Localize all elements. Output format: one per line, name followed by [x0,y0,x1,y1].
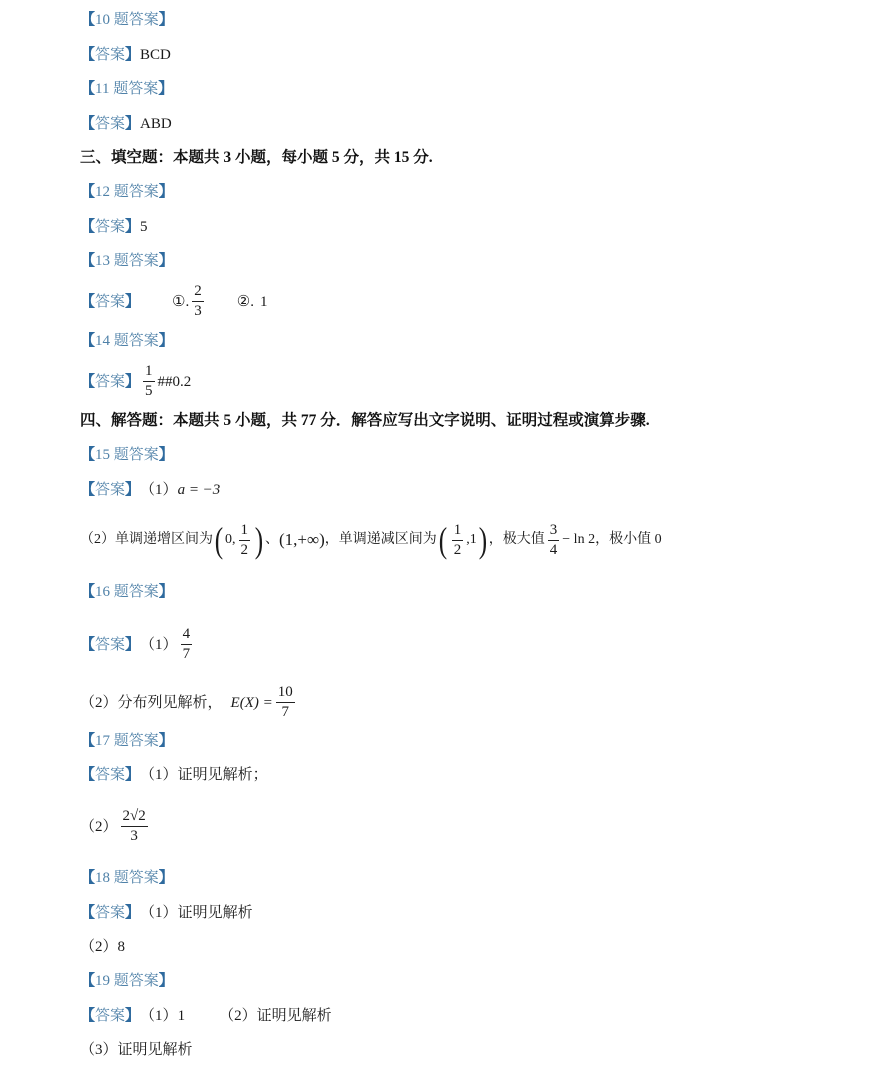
answer-tag: 答案 [95,217,125,237]
question-label: 12 题答案 [95,182,159,202]
answer-value: ABD [140,114,172,134]
q17-answer-1: 【答案】（1）证明见解析； [80,765,268,785]
q19-answer-2: （3）证明见解析 [80,1040,193,1060]
question-label: 17 题答案 [95,731,159,751]
answer-tag: 答案 [95,1006,125,1026]
q10-answer: 【答案】BCD [80,45,171,65]
q17-header: 【17 题答案】 [80,731,174,751]
answer-tag: 答案 [95,635,125,655]
q10-header: 【10 题答案】 [80,10,174,30]
q17-answer-2: （2） 2√23 [80,808,151,845]
q18-header: 【18 题答案】 [80,868,174,888]
answer-tag: 答案 [95,903,125,923]
q14-answer: 【答案】 15 ##0.2 [80,363,191,400]
question-label: 10 题答案 [95,10,159,30]
q19-answer-1: 【答案】（1）1 （2）证明见解析 [80,1006,332,1026]
q13-header: 【13 题答案】 [80,251,174,271]
answer-tag: 答案 [95,114,125,134]
section-heading-solutions: 四、解答题：本题共 5 小题，共 77 分．解答应写出文字说明、证明过程或演算步… [80,411,650,431]
answer-value: BCD [140,45,171,65]
q15-header: 【15 题答案】 [80,445,174,465]
answer-tag: 答案 [95,45,125,65]
q14-header: 【14 题答案】 [80,331,174,351]
right-bracket: 】 [159,10,174,30]
question-label: 14 题答案 [95,331,159,351]
answer-value: 1 [260,292,268,312]
q19-header: 【19 题答案】 [80,971,174,991]
answer-suffix: ##0.2 [158,372,192,392]
q13-answer: 【答案】 ①. 23 ②. 1 [80,283,267,320]
q16-header: 【16 题答案】 [80,582,174,602]
q15-answer-2: （2）单调递增区间为 (0,12) 、(1,+∞) ，单调递减区间为 (12,1… [80,520,662,560]
q16-answer-1: 【答案】（1） 47 [80,626,195,663]
question-label: 11 题答案 [95,79,158,99]
question-label: 18 题答案 [95,868,159,888]
fraction: 47 [181,626,193,663]
fraction: 2√23 [121,808,148,845]
math-expression: a = −3 [178,480,221,500]
q18-answer-2: （2）8 [80,937,125,957]
q11-header: 【11 题答案】 [80,79,173,99]
question-label: 19 题答案 [95,971,159,991]
q12-answer: 【答案】5 [80,217,148,237]
question-label: 16 题答案 [95,582,159,602]
part-marker: ①. [172,292,189,312]
q16-answer-2: （2）分布列见解析， E(X) = 107 [80,684,298,721]
answer-value: 5 [140,217,148,237]
fraction: 107 [276,684,295,721]
left-bracket: 【 [80,10,95,30]
fraction: 15 [143,363,155,400]
section-heading-fill-in: 三、填空题：本题共 3 小题，每小题 5 分，共 15 分. [80,148,433,168]
q11-answer: 【答案】ABD [80,114,172,134]
answer-tag: 答案 [95,292,125,312]
part-marker: ②. [237,292,254,312]
q15-answer-1: 【答案】（1）a = −3 [80,480,220,500]
question-label: 15 题答案 [95,445,159,465]
answer-tag: 答案 [95,480,125,500]
math-expression: E(X) = [231,693,273,713]
fraction: 23 [192,283,204,320]
q18-answer-1: 【答案】（1）证明见解析 [80,903,253,923]
q12-header: 【12 题答案】 [80,182,174,202]
answer-tag: 答案 [95,765,125,785]
answer-tag: 答案 [95,372,125,392]
question-label: 13 题答案 [95,251,159,271]
